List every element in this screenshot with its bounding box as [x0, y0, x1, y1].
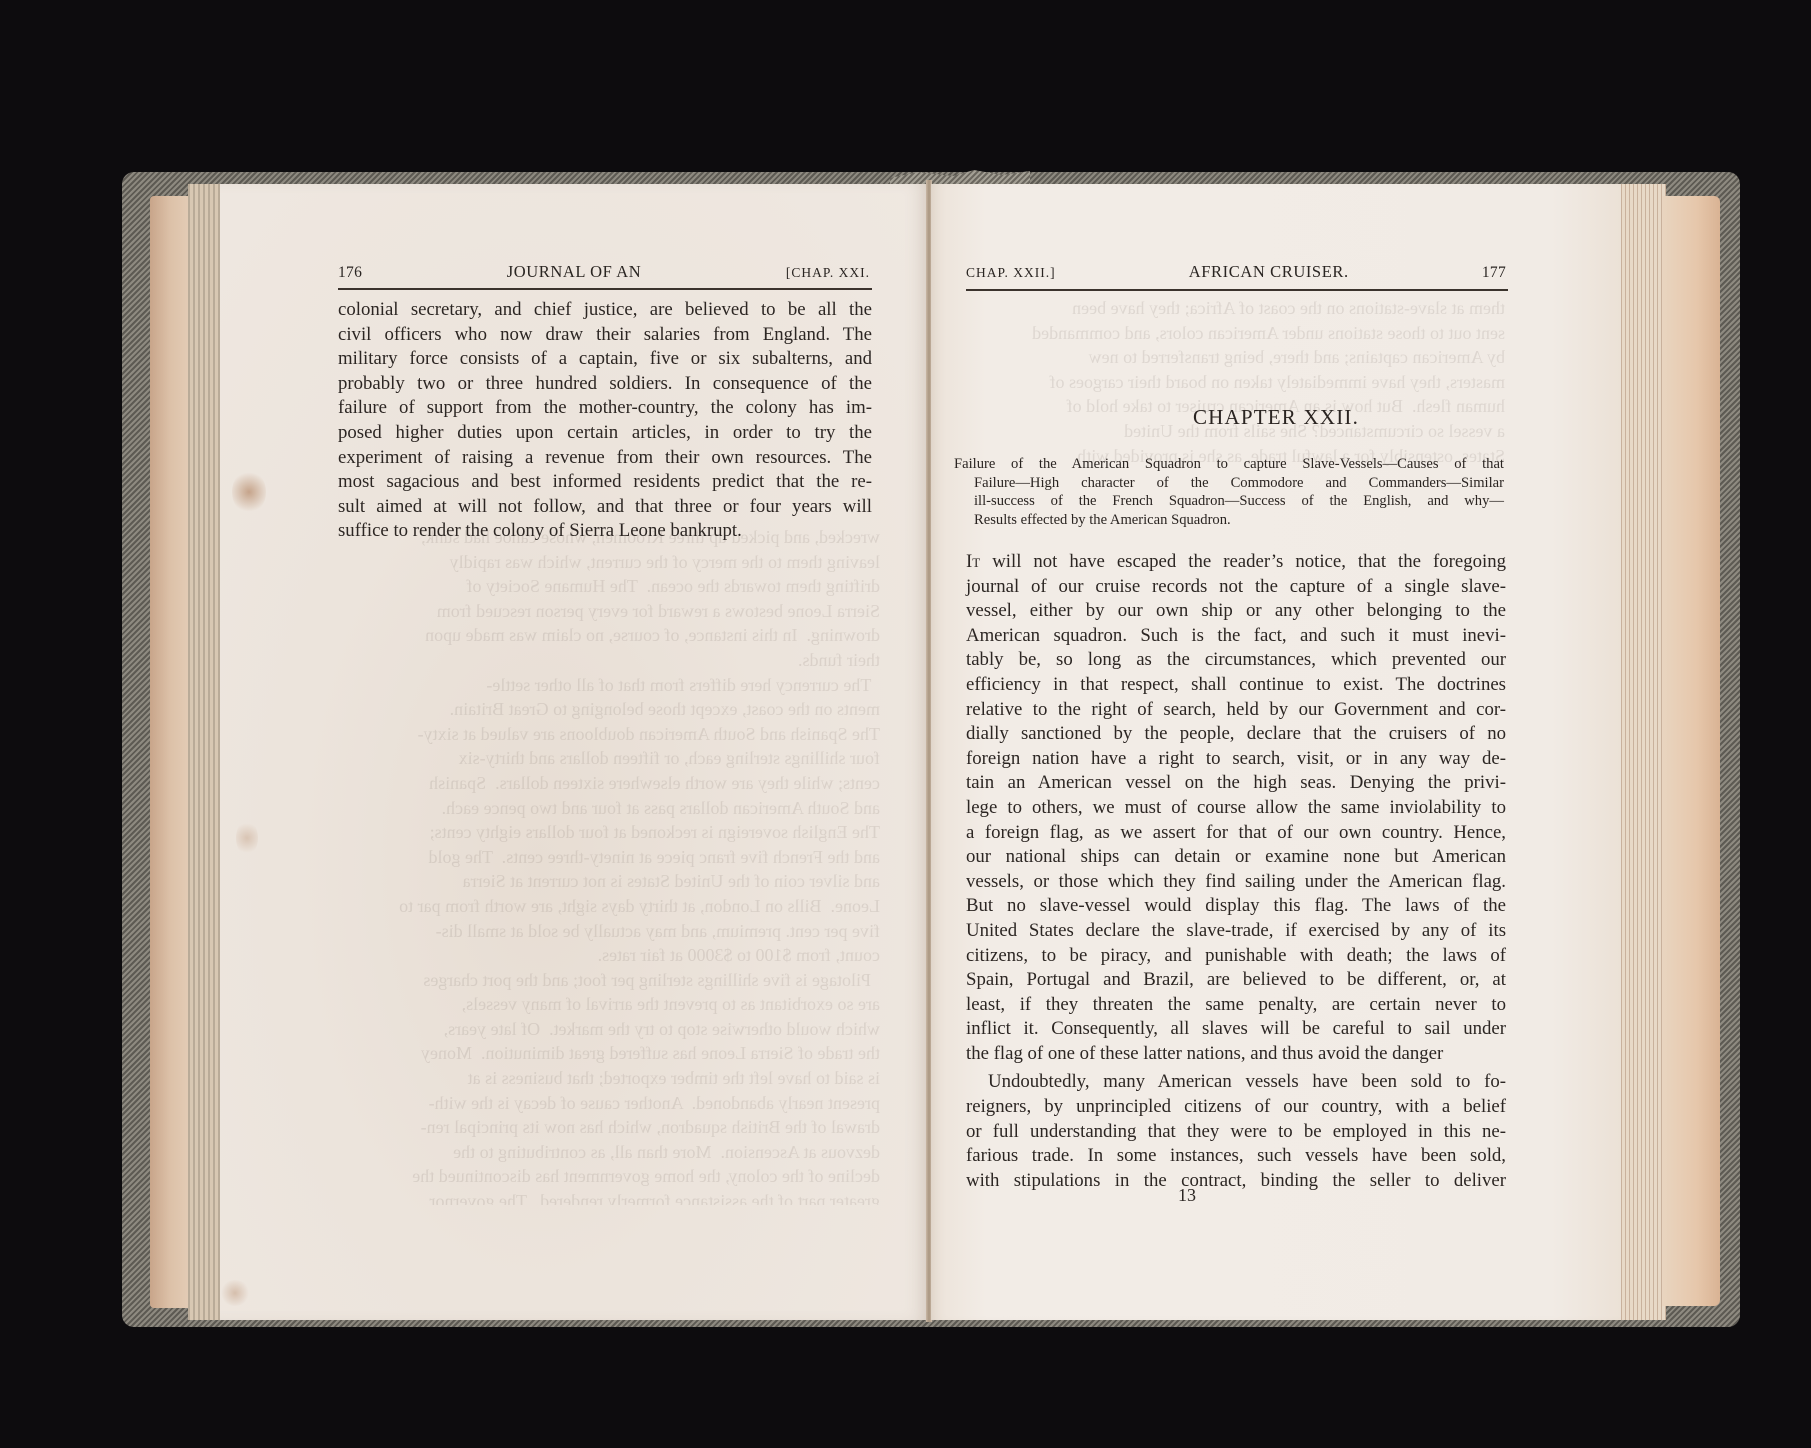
text-line: But no slave-vessel would display this f…	[966, 894, 1506, 919]
text-line: vessels, or those which they find sailin…	[966, 870, 1506, 895]
text-line: citizens, to be piracy, and punishable w…	[966, 944, 1506, 969]
text-line: journal of our cruise records not the ca…	[966, 575, 1506, 600]
text-line: least, if they threaten the same penalty…	[966, 993, 1506, 1018]
text-line: sult aimed at will not follow, and that …	[338, 495, 872, 520]
right-body-text: It will not have escaped the reader’s no…	[966, 550, 1506, 1193]
synopsis-line: Failure—High character of the Commodore …	[954, 474, 1504, 493]
left-running-title: JOURNAL OF AN	[507, 262, 642, 282]
text-line: Spain, Portugal and Brazil, are believed…	[966, 968, 1506, 993]
right-head-rule	[966, 289, 1508, 291]
right-board-edge	[1662, 196, 1720, 1306]
show-through-text-left: wrecked, and picked up three Kroomen, wh…	[300, 525, 880, 1205]
foxing-stain	[232, 470, 266, 514]
text-line: efficiency in that respect, shall contin…	[966, 673, 1506, 698]
right-page-stack	[1618, 184, 1666, 1320]
foxing-stain	[236, 820, 258, 856]
synopsis-line: Results effected by the American Squadro…	[954, 511, 1504, 530]
text-line: reigners, by unprincipled citizens of ou…	[966, 1095, 1506, 1120]
text-line: with stipulations in the contract, bindi…	[966, 1169, 1506, 1194]
text-line: Undoubtedly, many American vessels have …	[966, 1070, 1506, 1095]
right-running-head: CHAP. XXII.] AFRICAN CRUISER. 177	[966, 262, 1506, 282]
foxing-stain	[220, 1280, 250, 1306]
right-running-title: AFRICAN CRUISER.	[1189, 262, 1349, 282]
text-line: failure of support from the mother-count…	[338, 396, 872, 421]
text-line: vessel, either by our own ship or any ot…	[966, 599, 1506, 624]
chapter-heading: CHAPTER XXII.	[931, 405, 1621, 430]
left-chapter-ref: [CHAP. XXI.	[786, 265, 870, 281]
text-line: American squadron. Such is the fact, and…	[966, 624, 1506, 649]
text-line: foreign nation have a right to search, v…	[966, 747, 1506, 772]
left-running-head: 176 JOURNAL OF AN [CHAP. XXI.	[338, 262, 870, 282]
text-line: relative to the right of search, held by…	[966, 698, 1506, 723]
text-line: military force consists of a captain, fi…	[338, 347, 872, 372]
synopsis-line: ill-success of the French Squadron—Succe…	[954, 492, 1504, 511]
text-line: posed higher duties upon certain article…	[338, 421, 872, 446]
drop-lead-word: It	[966, 551, 980, 572]
text-line: colonial secretary, and chief justice, a…	[338, 298, 872, 323]
text-line: inflict it. Consequently, all slaves wil…	[966, 1017, 1506, 1042]
text-line: a foreign flag, as we assert for that of…	[966, 821, 1506, 846]
text-line: or full understanding that they were to …	[966, 1120, 1506, 1145]
text-line: dially sanctioned by the people, declare…	[966, 722, 1506, 747]
text-line: experiment of raising a revenue from the…	[338, 446, 872, 471]
signature-mark: 13	[1178, 1185, 1196, 1206]
text-line: the flag of one of these latter nations,…	[966, 1042, 1506, 1067]
text-line: most sagacious and best informed residen…	[338, 470, 872, 495]
text-line: suffice to render the colony of Sierra L…	[338, 519, 872, 544]
text-line: probably two or three hundred soldiers. …	[338, 372, 872, 397]
text-line: our national ships can detain or examine…	[966, 845, 1506, 870]
left-head-rule	[338, 288, 872, 290]
left-page-stack	[188, 184, 222, 1320]
text-line: United States declare the slave-trade, i…	[966, 919, 1506, 944]
text-line: farious trade. In some instances, such v…	[966, 1144, 1506, 1169]
chapter-synopsis: Failure of the American Squadron to capt…	[954, 455, 1504, 529]
left-page-number: 176	[338, 264, 362, 282]
right-page-number: 177	[1482, 264, 1506, 282]
text-line: tably be, so long as the circumstances, …	[966, 648, 1506, 673]
text-fragment: will not have escaped the reader’s notic…	[980, 551, 1506, 572]
left-body-text: colonial secretary, and chief justice, a…	[338, 298, 872, 544]
text-line: lege to others, we must of course allow …	[966, 796, 1506, 821]
synopsis-line: Failure of the American Squadron to capt…	[954, 455, 1504, 474]
text-line: It will not have escaped the reader’s no…	[966, 550, 1506, 575]
text-line: civil officers who now draw their salari…	[338, 323, 872, 348]
text-line: tain an American vessel on the high seas…	[966, 771, 1506, 796]
right-chapter-ref: CHAP. XXII.]	[966, 265, 1056, 281]
